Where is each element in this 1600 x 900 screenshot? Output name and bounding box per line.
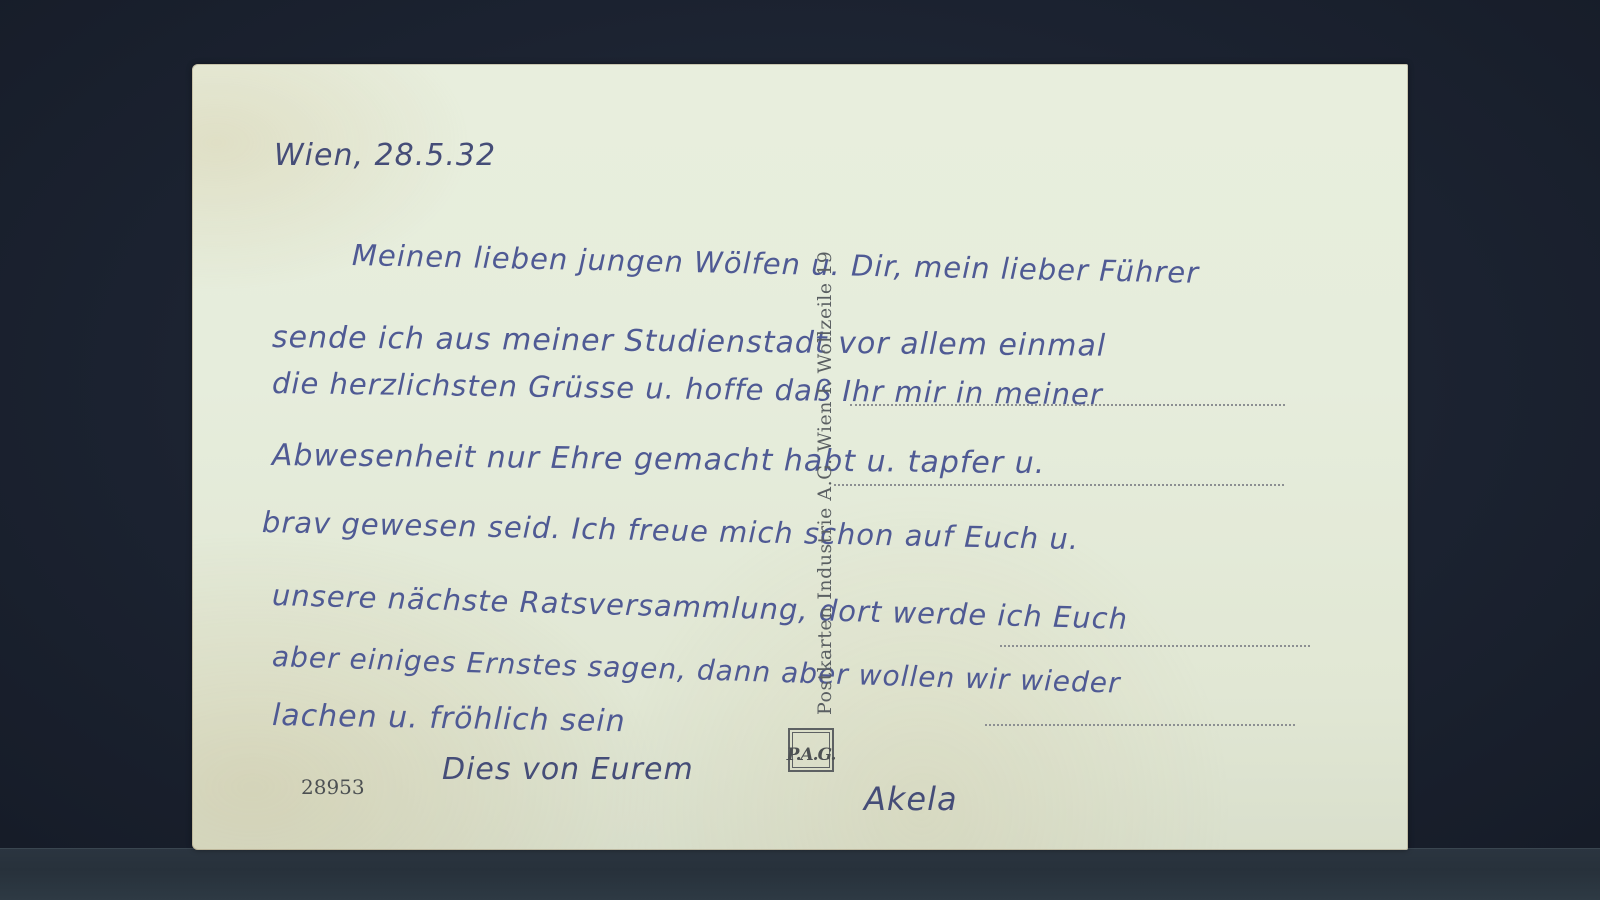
table-surface (0, 848, 1600, 900)
pag-logo-icon: P.A.G. (792, 732, 830, 768)
printer-logo: P.A.G. (788, 728, 834, 772)
address-line-2 (834, 484, 1284, 486)
signature: Akela (864, 780, 958, 818)
address-line-4 (985, 724, 1295, 726)
message-line-8: lachen u. fröhlich sein (272, 698, 626, 739)
closing-line: Dies von Eurem (442, 752, 694, 787)
address-line-1 (850, 404, 1285, 406)
date-line: Wien, 28.5.32 (274, 138, 496, 173)
printer-imprint: Postkarten Industrie A.G. Wien I. Wollze… (814, 251, 836, 715)
serial-number: 28953 (301, 775, 365, 799)
address-line-3 (1000, 645, 1310, 647)
